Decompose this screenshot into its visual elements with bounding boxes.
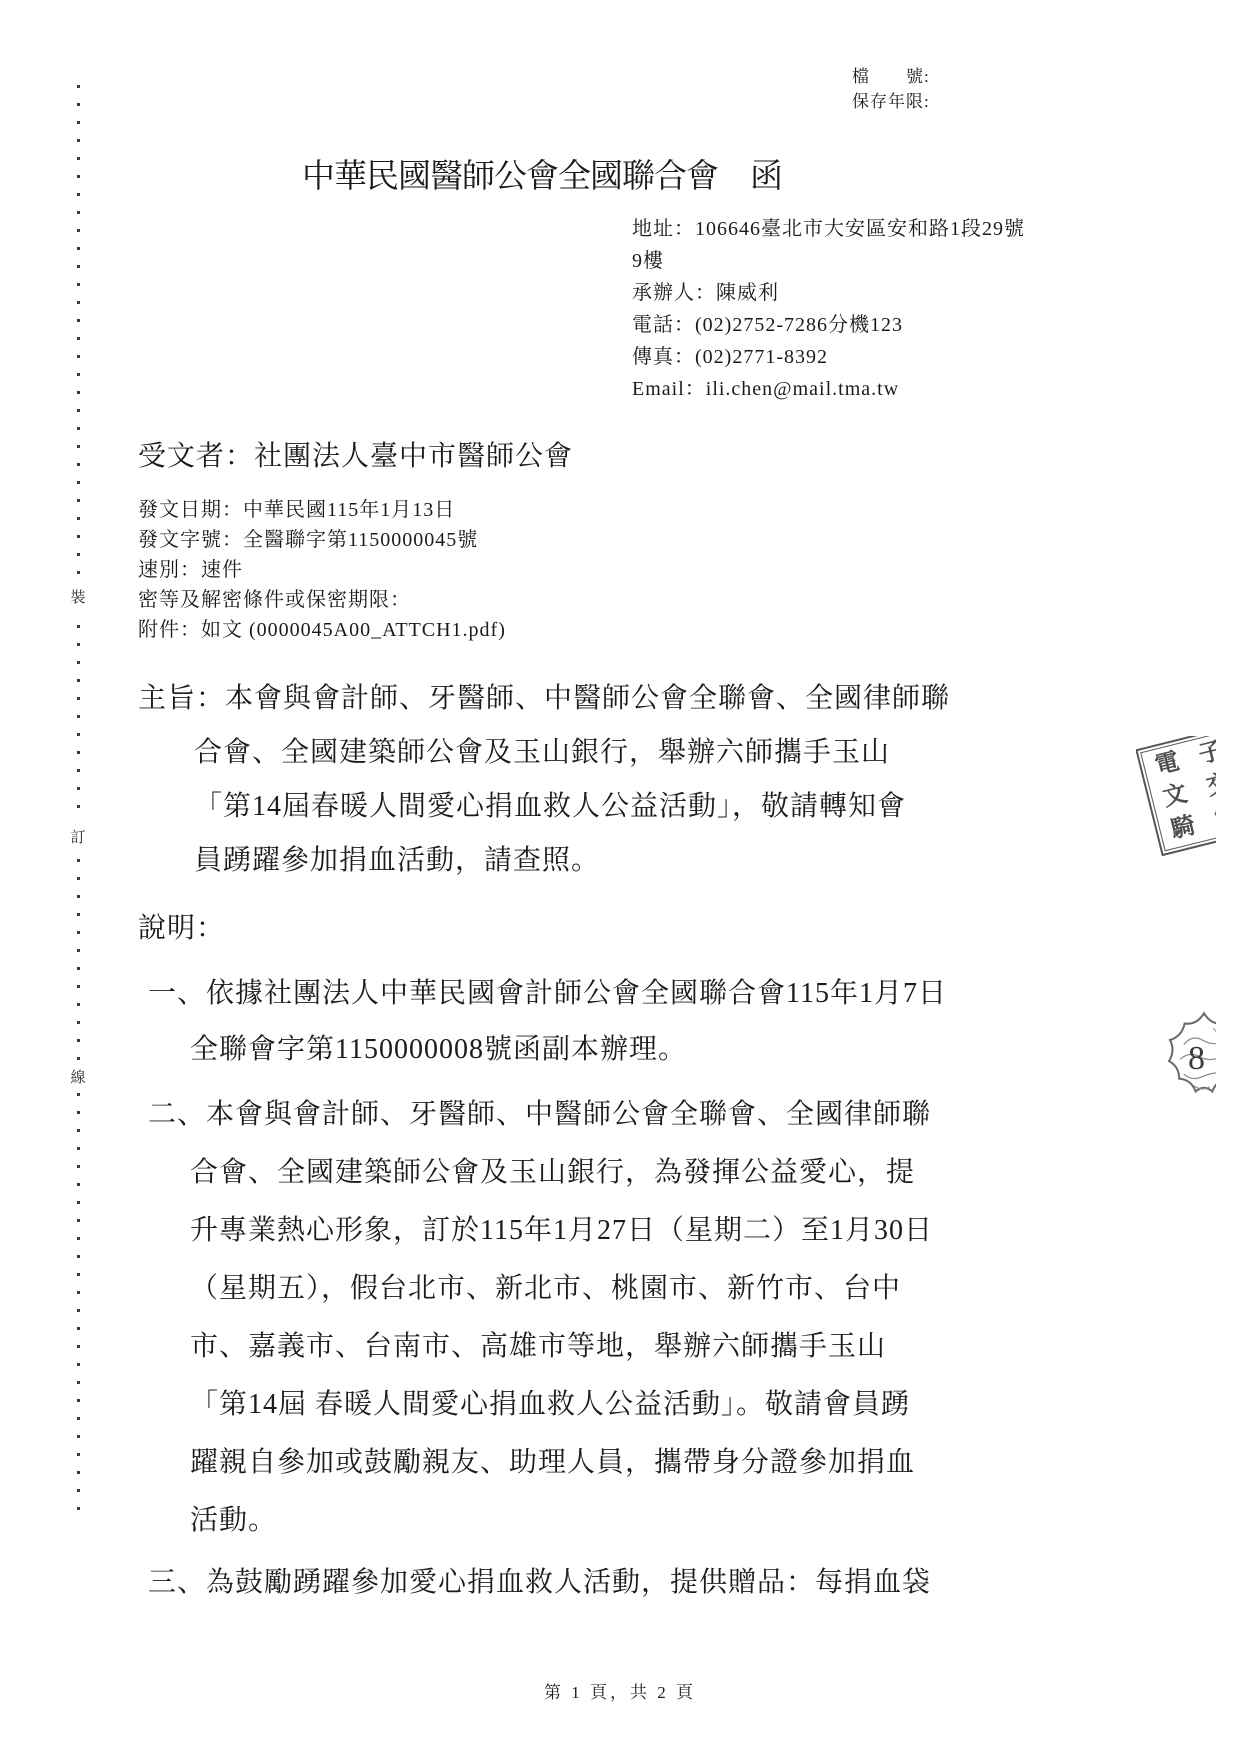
stamp-border: 電 子 文 交 騎 縫 xyxy=(1136,736,1216,856)
sender-fax: 傳真：(02)2771-8392 xyxy=(632,341,1025,373)
official-letter-page: 檔 號: 保存年限: 中華民國醫師公會全國聯合會 函 地址：106646臺北市大… xyxy=(0,0,1240,1754)
stamp-char: 電 xyxy=(1153,749,1182,778)
stamp-char: 文 xyxy=(1161,782,1190,811)
explanation-item-line: 活動。 xyxy=(148,1492,933,1550)
issue-date-line: 發文日期：中華民國115年1月13日 xyxy=(138,495,506,525)
explanation-item-line: 合會、全國建築師公會及玉山銀行，為發揮公益愛心，提 xyxy=(148,1144,933,1202)
binding-mark-zhuang: 裝 xyxy=(64,582,92,611)
explanation-item-line: 二、本會與會計師、牙醫師、中醫師公會全聯會、全國律師聯 xyxy=(148,1086,933,1144)
seal-number: 8 xyxy=(1188,1040,1205,1078)
stamp-text-grid: 電 子 文 交 騎 縫 xyxy=(1140,736,1216,851)
attachment-line: 附件：如文 (0000045A00_ATTCH1.pdf) xyxy=(138,615,506,645)
explanation-item-line: （星期五），假台北市、新北市、桃園市、新竹市、台中 xyxy=(148,1260,933,1318)
page-number-footer: 第 1 頁，共 2 頁 xyxy=(20,1678,1220,1703)
document-meta-block: 發文日期：中華民國115年1月13日 發文字號：全醫聯字第1150000045號… xyxy=(138,495,506,645)
stamp-char: 子 xyxy=(1196,738,1216,767)
binding-mark-ding: 訂 xyxy=(64,822,92,851)
archive-labels: 檔 號: 保存年限: xyxy=(852,64,930,114)
sender-phone: 電話：(02)2752-7286分機123 xyxy=(632,309,1025,341)
sender-address-line2: 9樓 xyxy=(632,245,1025,277)
document-title: 中華民國醫師公會全國聯合會 函 xyxy=(302,150,782,197)
explanation-item-line: 「第14屆 春暖人間愛心捐血救人公益活動」。敬請會員踴 xyxy=(148,1376,933,1434)
file-number-label: 檔 號: xyxy=(852,64,930,89)
sender-contact-person: 承辦人：陳威利 xyxy=(632,277,1025,309)
sender-info-block: 地址：106646臺北市大安區安和路1段29號 9樓 承辦人：陳威利 電話：(0… xyxy=(632,213,1025,405)
explanation-item-line: 全聯會字第1150000008號函副本辦理。 xyxy=(148,1022,947,1078)
stamp-char: 交 xyxy=(1204,771,1216,800)
recipient-line: 受文者：社團法人臺中市醫師公會 xyxy=(138,434,573,474)
electronic-exchange-stamp: 電 子 文 交 騎 縫 xyxy=(1136,736,1216,862)
stamp-char: 縫 xyxy=(1212,803,1216,832)
priority-line: 速別：速件 xyxy=(138,555,506,585)
star-seal-icon xyxy=(1158,1000,1216,1126)
doc-number-line: 發文字號：全醫聯字第1150000045號 xyxy=(138,525,506,555)
explanation-item-2: 二、本會與會計師、牙醫師、中醫師公會全聯會、全國律師聯 合會、全國建築師公會及玉… xyxy=(148,1086,933,1550)
explanation-label: 說明： xyxy=(138,906,225,946)
security-line: 密等及解密條件或保密期限： xyxy=(138,585,506,615)
subject-block: 主旨：本會與會計師、牙醫師、中醫師公會全聯會、全國律師聯 合會、全國建築師公會及… xyxy=(138,672,950,888)
sender-address-line1: 地址：106646臺北市大安區安和路1段29號 xyxy=(632,213,1025,245)
explanation-item-line: 躍親自參加或鼓勵親友、助理人員，攜帶身分證參加捐血 xyxy=(148,1434,933,1492)
page-seal: 8 xyxy=(1158,1000,1216,1128)
explanation-item-line: 一、依據社團法人中華民國會計師公會全國聯合會115年1月7日 xyxy=(148,966,947,1022)
subject-line: 員踴躍參加捐血活動，請查照。 xyxy=(138,834,950,888)
retention-period-label: 保存年限: xyxy=(852,89,930,114)
subject-line: 「第14屆春暖人間愛心捐血救人公益活動」，敬請轉知會 xyxy=(138,780,950,834)
binding-dotted-line xyxy=(77,85,80,1523)
subject-line: 主旨：本會與會計師、牙醫師、中醫師公會全聯會、全國律師聯 xyxy=(138,672,950,726)
subject-line: 合會、全國建築師公會及玉山銀行，舉辦六師攜手玉山 xyxy=(138,726,950,780)
binding-mark-xian: 線 xyxy=(64,1062,92,1091)
explanation-item-line: 升專業熱心形象，訂於115年1月27日（星期二）至1月30日 xyxy=(148,1202,933,1260)
explanation-item-line: 三、為鼓勵踴躍參加愛心捐血救人活動，提供贈品：每捐血袋 xyxy=(148,1555,931,1611)
explanation-item-line: 市、嘉義市、台南市、高雄市等地，舉辦六師攜手玉山 xyxy=(148,1318,933,1376)
stamp-char: 騎 xyxy=(1169,814,1198,843)
explanation-item-1: 一、依據社團法人中華民國會計師公會全國聯合會115年1月7日 全聯會字第1150… xyxy=(148,966,947,1078)
sender-email: Email：ili.chen@mail.tma.tw xyxy=(632,373,1025,405)
explanation-item-3: 三、為鼓勵踴躍參加愛心捐血救人活動，提供贈品：每捐血袋 xyxy=(148,1555,931,1611)
